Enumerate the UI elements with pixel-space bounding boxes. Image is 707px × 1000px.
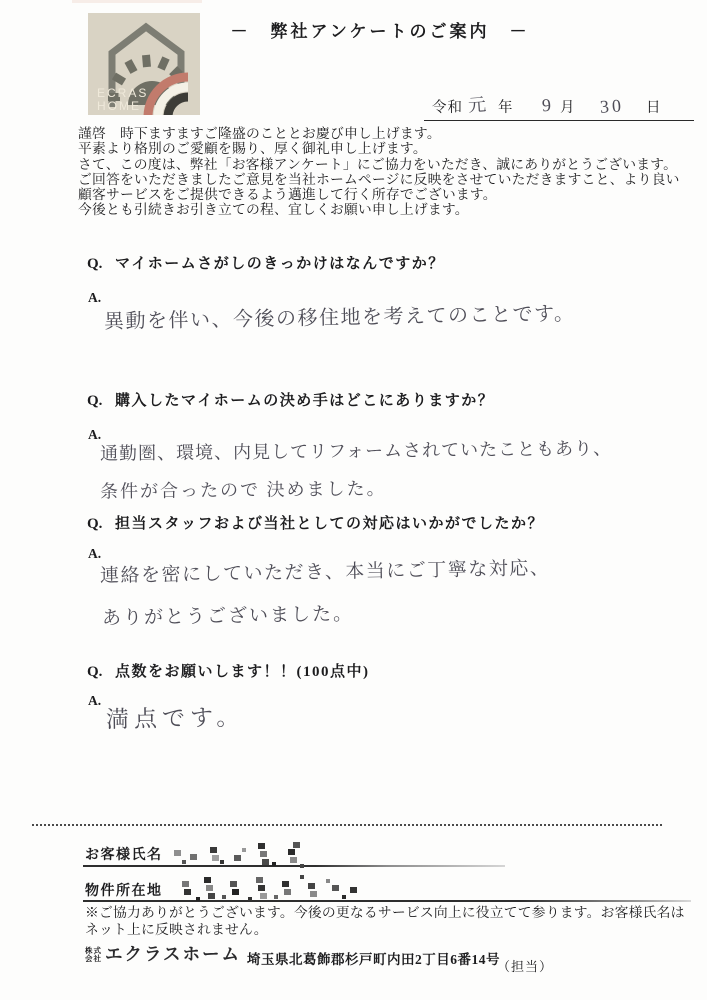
- date-month-handwritten: 9: [541, 95, 552, 117]
- answer-3-mark: A.: [88, 546, 101, 562]
- answer-4-mark: A.: [88, 693, 101, 709]
- date-day-handwritten: 30: [599, 95, 624, 118]
- footer-note-line: ※ご協力ありがとうございます。今後の更なるサービス向上に役立てて参ります。お客様…: [85, 905, 685, 922]
- logo-text-top: ECRAS: [97, 86, 148, 100]
- question-3-mark: Q.: [87, 516, 115, 533]
- staff-label: （担当）: [497, 956, 553, 975]
- question-3-text: 担当スタッフおよび当社としての対応はいかがでしたか？: [115, 516, 544, 532]
- question-4-mark: Q.: [87, 664, 115, 681]
- greeting-line: さて、この度は、弊社「お客様アンケート」にご協力をいただき、誠にありがとうござい…: [78, 157, 703, 172]
- date-day-suffix: 日: [646, 96, 662, 117]
- question-2: Q.購入したマイホームの決め手はどこにありますか？: [87, 389, 494, 410]
- greeting-line: 平素より格別のご愛顧を賜り、厚く御礼申し上げます。: [78, 141, 703, 156]
- company-address: 埼玉県北葛飾郡杉戸町内田2丁目6番14号: [247, 948, 500, 968]
- question-1-mark: Q.: [87, 256, 115, 273]
- answer-3-handwritten-line2: ありがとうございました。: [102, 599, 354, 630]
- greeting-line: 顧客サービスをご提供できるよう邁進して行く所存でございます。: [78, 187, 703, 202]
- greeting-line: 謹啓 時下ますますご隆盛のこととお慶び申し上げます。: [78, 126, 703, 141]
- question-2-mark: Q.: [87, 393, 115, 410]
- greeting-paragraph: 謹啓 時下ますますご隆盛のこととお慶び申し上げます。 平素より格別のご愛顧を賜り…: [78, 126, 703, 218]
- company-name: エクラスホーム: [105, 941, 241, 966]
- company-prefix-bottom: 会社: [85, 955, 102, 963]
- customer-name-redacted-value: [172, 842, 332, 868]
- dotted-separator: [32, 824, 662, 826]
- company-prefix: 株式 会社: [85, 947, 102, 963]
- question-3: Q.担当スタッフおよび当社としての対応はいかがでしたか？: [87, 512, 544, 533]
- customer-name-label: お客様氏名: [85, 844, 163, 864]
- logo-text-bottom: HOME: [97, 99, 141, 113]
- scan-artifact: [72, 0, 202, 3]
- greeting-line: 今後とも引続きお引き立ての程、宜しくお願い申し上げます。: [78, 202, 703, 217]
- question-4-text: 点数をお願いします！！(100点中): [115, 664, 370, 680]
- answer-3-handwritten-line1: 連絡を密にしていただき、本当にご丁寧な対応、: [100, 553, 551, 588]
- property-location-label: 物件所在地: [85, 880, 163, 900]
- date-month-suffix: 月: [560, 96, 576, 117]
- answer-4-handwritten: 満点です。: [106, 699, 245, 734]
- question-1-text: マイホームさがしのきっかけはなんですか？: [115, 256, 445, 272]
- footer-note: ※ご協力ありがとうございます。今後の更なるサービス向上に役立てて参ります。お客様…: [85, 905, 685, 939]
- date-line: 令和 元 年 9 月 30 日: [424, 92, 694, 121]
- property-location-underline: [83, 900, 691, 902]
- question-2-text: 購入したマイホームの決め手はどこにありますか？: [115, 393, 494, 409]
- answer-1-mark: A.: [88, 290, 101, 306]
- date-year-suffix: 年: [498, 96, 514, 117]
- property-location-redacted-value: [182, 875, 367, 903]
- page-title: － 弊社アンケートのご案内 －: [100, 17, 660, 42]
- date-era-label: 令和: [432, 96, 463, 117]
- answer-1-handwritten: 異動を伴い、今後の移住地を考えてのことです。: [104, 297, 576, 334]
- answer-2-handwritten-line1: 通勤圏、環境、内見してリフォームされていたこともあり、: [100, 434, 612, 465]
- question-1: Q.マイホームさがしのきっかけはなんですか？: [87, 252, 445, 273]
- footer-note-line: ネット上に反映されません。: [85, 922, 685, 939]
- date-year-handwritten: 元: [467, 90, 488, 117]
- question-4: Q.点数をお願いします！！(100点中): [87, 660, 370, 681]
- answer-2-handwritten-line2: 条件が合ったので 決めました。: [100, 475, 387, 504]
- survey-document-page: ECRAS HOME － 弊社アンケートのご案内 － 令和 元 年 9 月 30…: [0, 0, 707, 1000]
- greeting-line: ご回答をいただきましたご意見を当社ホームページに反映をさせていただきますこと、よ…: [78, 172, 703, 187]
